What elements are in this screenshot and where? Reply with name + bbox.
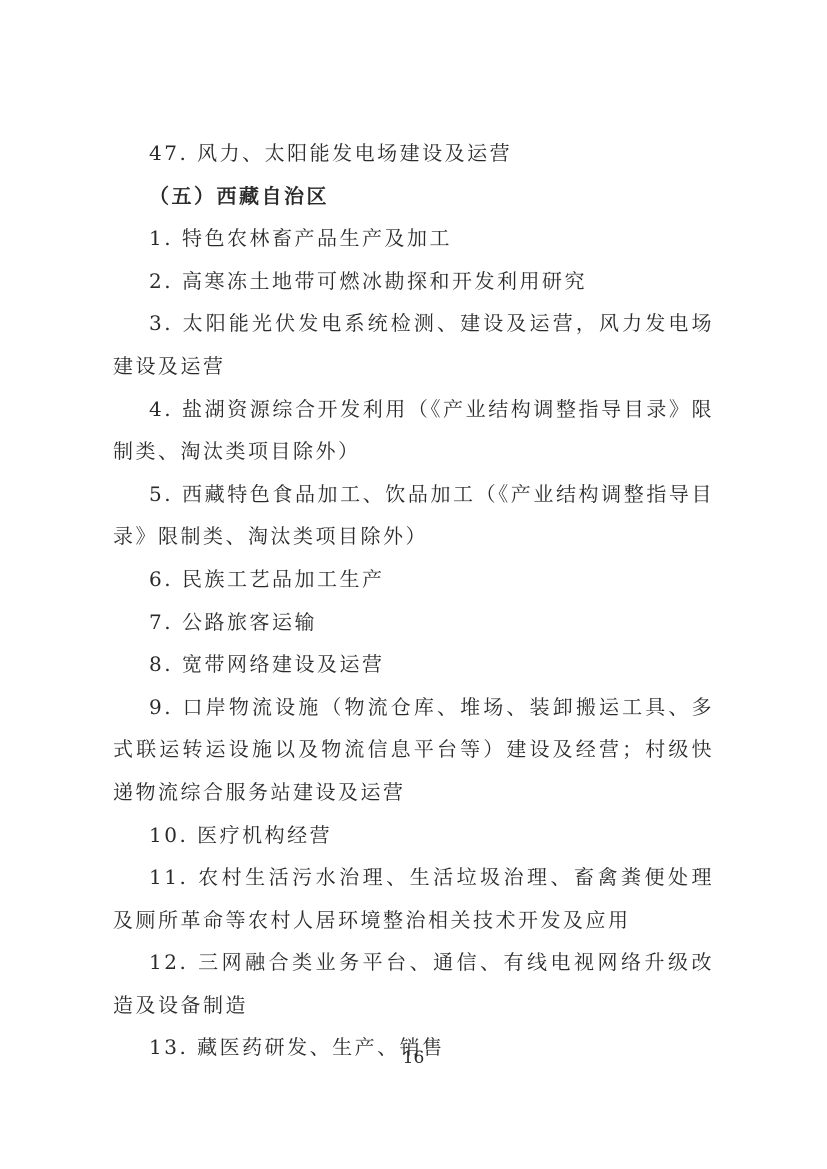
- list-item-paragraph: 1. 特色农林畜产品生产及加工: [113, 217, 714, 260]
- list-item-paragraph: 4. 盐湖资源综合开发利用（《产业结构调整指导目录》限制类、淘汰类项目除外）: [113, 388, 714, 473]
- list-item-paragraph: 2. 高寒冻土地带可燃冰勘探和开发利用研究: [113, 260, 714, 303]
- page-number: 16: [0, 1038, 827, 1078]
- list-item-paragraph: 3. 太阳能光伏发电系统检测、建设及运营，风力发电场建设及运营: [113, 302, 714, 387]
- list-item-paragraph: 11. 农村生活污水治理、生活垃圾治理、畜禽粪便处理及厕所革命等农村人居环境整治…: [113, 856, 714, 941]
- list-item-paragraph: 10. 医疗机构经营: [113, 814, 714, 857]
- document-page: 47. 风力、太阳能发电场建设及运营（五）西藏自治区1. 特色农林畜产品生产及加…: [0, 0, 827, 1169]
- document-body: 47. 风力、太阳能发电场建设及运营（五）西藏自治区1. 特色农林畜产品生产及加…: [113, 132, 714, 1069]
- list-item-paragraph: 12. 三网融合类业务平台、通信、有线电视网络升级改造及设备制造: [113, 941, 714, 1026]
- list-item-paragraph: 5. 西藏特色食品加工、饮品加工（《产业结构调整指导目录》限制类、淘汰类项目除外…: [113, 473, 714, 558]
- list-item-paragraph: 6. 民族工艺品加工生产: [113, 558, 714, 601]
- list-item-paragraph: 8. 宽带网络建设及运营: [113, 643, 714, 686]
- list-item-paragraph: 47. 风力、太阳能发电场建设及运营: [113, 132, 714, 175]
- section-heading: （五）西藏自治区: [113, 175, 714, 218]
- list-item-paragraph: 9. 口岸物流设施（物流仓库、堆场、装卸搬运工具、多式联运转运设施以及物流信息平…: [113, 686, 714, 814]
- list-item-paragraph: 7. 公路旅客运输: [113, 601, 714, 644]
